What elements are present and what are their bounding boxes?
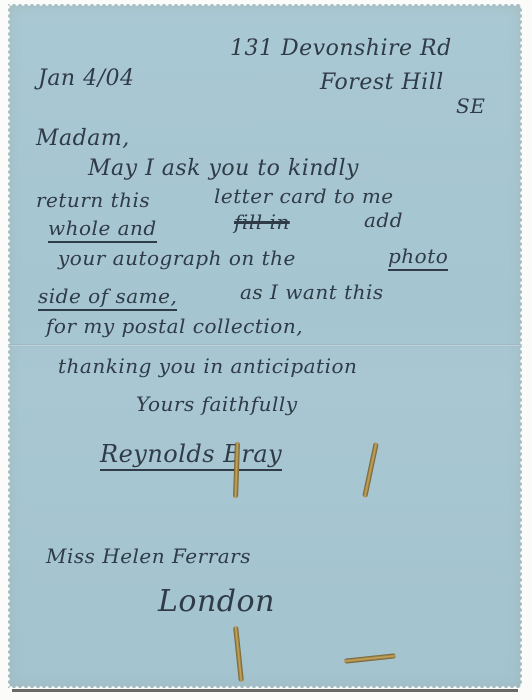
address-line-1: 131 Devonshire Rd <box>230 36 452 61</box>
recipient-city: London <box>158 584 275 619</box>
body-line-6: for my postal collection, <box>46 314 303 338</box>
brass-fastener-4 <box>344 653 396 663</box>
body-line-3a: whole and <box>48 216 157 243</box>
struck-fill-in: fill in <box>234 210 290 234</box>
salutation: Madam, <box>36 126 130 151</box>
card-shadow <box>12 689 518 692</box>
body-line-4a: your autograph on the <box>58 246 296 270</box>
body-line-3c: add <box>364 208 403 232</box>
body-line-1: May I ask you to kindly <box>88 156 359 181</box>
underlined-whole-and: whole and <box>48 216 157 240</box>
body-line-7: thanking you in anticipation <box>58 354 357 378</box>
brass-fastener-1 <box>233 442 240 498</box>
underlined-side-of-same: side of same, <box>38 284 177 311</box>
recipient-name: Miss Helen Ferrars <box>46 544 251 568</box>
body-line-2b: letter card to me <box>214 184 394 208</box>
address-line-3: SE <box>456 94 485 118</box>
signature: Reynolds Bray <box>100 440 282 471</box>
brass-fastener-3 <box>233 626 244 682</box>
underlined-photo: photo <box>388 244 448 271</box>
brass-fastener-2 <box>362 442 379 498</box>
letter-card: Jan 4/04 131 Devonshire Rd Forest Hill S… <box>8 4 522 688</box>
letter-date: Jan 4/04 <box>38 66 135 91</box>
address-line-2: Forest Hill <box>320 70 444 95</box>
perforated-edge-top <box>8 2 522 6</box>
fold-line <box>8 344 522 347</box>
body-line-5b: as I want this <box>240 280 384 304</box>
closing: Yours faithfully <box>136 392 298 416</box>
body-line-2a: return this <box>36 188 150 212</box>
